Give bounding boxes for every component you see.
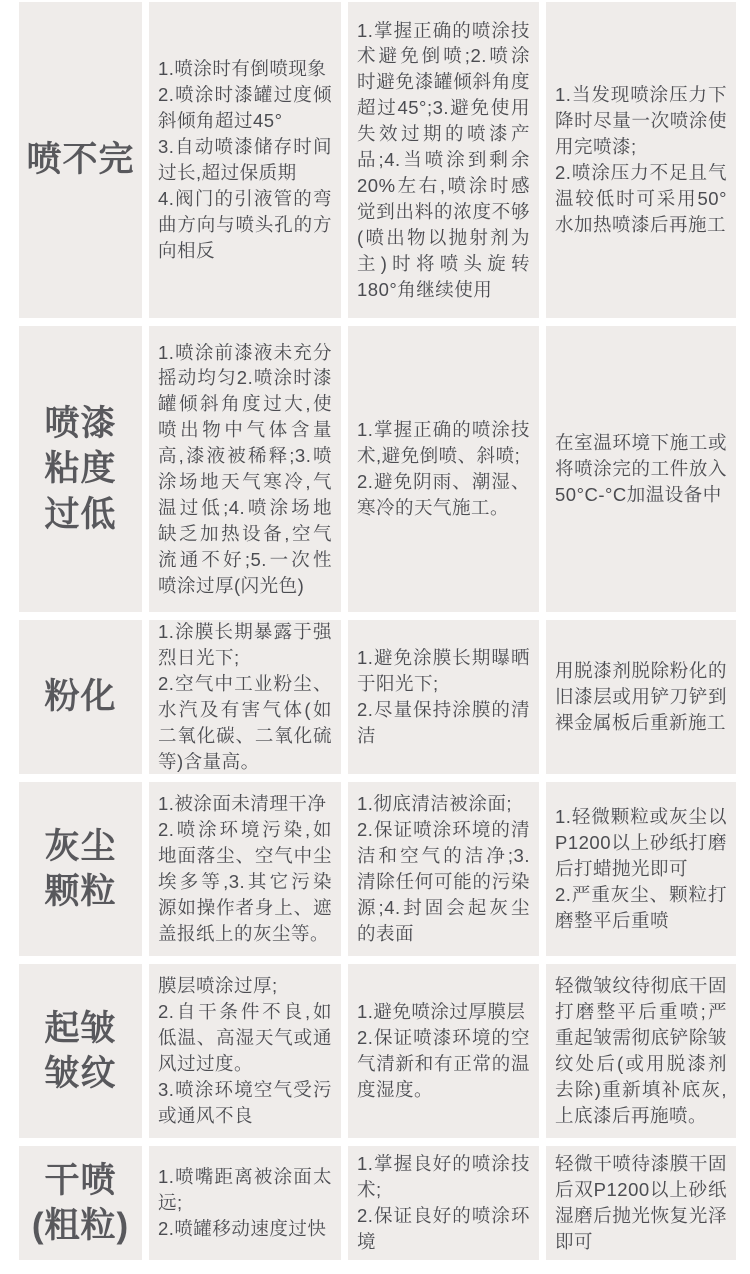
row1-prevention-cell: 1.掌握正确的喷涂技术避免倒喷;2.喷涂时避免漆罐倾斜角度超过45°;3.避免使…: [348, 2, 539, 318]
row1-problem-title-cell: 喷不完: [19, 2, 142, 318]
row3-problem-title-cell: 粉化: [19, 620, 142, 774]
row6-causes-text: 1.喷嘴距离被涂面太远; 2.喷罐移动速度过快: [158, 1164, 332, 1242]
row6-problem-title: 干喷 (粗粒): [19, 1158, 142, 1249]
row3-prevention-text: 1.避免涂膜长期曝晒于阳光下; 2.尽量保持涂膜的清洁: [357, 645, 530, 749]
row5-causes-text: 膜层喷涂过厚; 2.自干条件不良,如低温、高湿天气或通风过过度。 3.喷涂环境空…: [158, 973, 332, 1128]
row6-problem-title-cell: 干喷 (粗粒): [19, 1146, 142, 1260]
row3-causes-text: 1.涂膜长期暴露于强烈日光下; 2.空气中工业粉尘、水汽及有害气体(如二氧化碳、…: [158, 620, 332, 774]
row6-causes-cell: 1.喷嘴距离被涂面太远; 2.喷罐移动速度过快: [149, 1146, 341, 1260]
row4-solution-text: 1.轻微颗粒或灰尘以P1200以上砂纸打磨后打蜡抛光即可 2.严重灰尘、颗粒打磨…: [555, 804, 727, 933]
row5-problem-title: 起皱 皱纹: [19, 1006, 142, 1097]
row1-causes-cell: 1.喷涂时有倒喷现象 2.喷涂时漆罐过度倾斜倾角超过45° 3.自动喷漆储存时间…: [149, 2, 341, 318]
row2-solution-text: 在室温环境下施工或将喷涂完的工件放入50°C-°C加温设备中: [555, 430, 727, 508]
row4-prevention-cell: 1.彻底清洁被涂面; 2.保证喷涂环境的清洁和空气的洁净;3.清除任何可能的污染…: [348, 782, 539, 956]
row6-prevention-text: 1.掌握良好的喷涂技术; 2.保证良好的喷涂环境: [357, 1151, 530, 1255]
row1-causes-text: 1.喷涂时有倒喷现象 2.喷涂时漆罐过度倾斜倾角超过45° 3.自动喷漆储存时间…: [158, 56, 332, 263]
row2-problem-title-cell: 喷漆 粘度 过低: [19, 326, 142, 612]
row3-solution-text: 用脱漆剂脱除粉化的旧漆层或用铲刀铲到裸金属板后重新施工: [555, 658, 727, 736]
row6-solution-text: 轻微干喷待漆膜干固后双P1200以上砂纸湿磨后抛光恢复光泽即可: [555, 1151, 727, 1255]
row3-causes-cell: 1.涂膜长期暴露于强烈日光下; 2.空气中工业粉尘、水汽及有害气体(如二氧化碳、…: [149, 620, 341, 774]
row2-problem-title: 喷漆 粘度 过低: [19, 401, 142, 538]
troubleshooting-table-page: 喷不完 1.喷涂时有倒喷现象 2.喷涂时漆罐过度倾斜倾角超过45° 3.自动喷漆…: [0, 0, 750, 1274]
row2-causes-cell: 1.喷涂前漆液未充分摇动均匀2.喷涂时漆罐倾斜角度过大,使喷出物中气体含量高,漆…: [149, 326, 341, 612]
row4-problem-title-cell: 灰尘 颗粒: [19, 782, 142, 956]
row5-problem-title-cell: 起皱 皱纹: [19, 964, 142, 1138]
row2-prevention-cell: 1.掌握正确的喷涂技术,避免倒喷、斜喷; 2.避免阴雨、潮湿、寒冷的天气施工。: [348, 326, 539, 612]
row5-solution-text: 轻微皱纹待彻底干固打磨整平后重喷;严重起皱需彻底铲除皱纹处后(或用脱漆剂去除)重…: [555, 973, 727, 1128]
row4-solution-cell: 1.轻微颗粒或灰尘以P1200以上砂纸打磨后打蜡抛光即可 2.严重灰尘、颗粒打磨…: [546, 782, 736, 956]
row5-prevention-cell: 1.避免喷涂过厚膜层 2.保证喷漆环境的空气清新和有正常的温度湿度。: [348, 964, 539, 1138]
row1-prevention-text: 1.掌握正确的喷涂技术避免倒喷;2.喷涂时避免漆罐倾斜角度超过45°;3.避免使…: [357, 18, 530, 303]
row2-causes-text: 1.喷涂前漆液未充分摇动均匀2.喷涂时漆罐倾斜角度过大,使喷出物中气体含量高,漆…: [158, 340, 332, 599]
row5-prevention-text: 1.避免喷涂过厚膜层 2.保证喷漆环境的空气清新和有正常的温度湿度。: [357, 999, 530, 1103]
row1-solution-text: 1.当发现喷涂压力下降时尽量一次喷涂使用完喷漆; 2.喷涂压力不足且气温较低时可…: [555, 82, 727, 237]
row3-solution-cell: 用脱漆剂脱除粉化的旧漆层或用铲刀铲到裸金属板后重新施工: [546, 620, 736, 774]
row4-problem-title: 灰尘 颗粒: [19, 824, 142, 915]
row1-solution-cell: 1.当发现喷涂压力下降时尽量一次喷涂使用完喷漆; 2.喷涂压力不足且气温较低时可…: [546, 2, 736, 318]
row6-prevention-cell: 1.掌握良好的喷涂技术; 2.保证良好的喷涂环境: [348, 1146, 539, 1260]
row4-prevention-text: 1.彻底清洁被涂面; 2.保证喷涂环境的清洁和空气的洁净;3.清除任何可能的污染…: [357, 791, 530, 946]
row2-prevention-text: 1.掌握正确的喷涂技术,避免倒喷、斜喷; 2.避免阴雨、潮湿、寒冷的天气施工。: [357, 417, 530, 521]
row1-problem-title: 喷不完: [19, 137, 142, 183]
row3-problem-title: 粉化: [19, 674, 142, 720]
row3-prevention-cell: 1.避免涂膜长期曝晒于阳光下; 2.尽量保持涂膜的清洁: [348, 620, 539, 774]
defects-table: 喷不完 1.喷涂时有倒喷现象 2.喷涂时漆罐过度倾斜倾角超过45° 3.自动喷漆…: [19, 2, 736, 1260]
row2-solution-cell: 在室温环境下施工或将喷涂完的工件放入50°C-°C加温设备中: [546, 326, 736, 612]
row4-causes-cell: 1.被涂面未清理干净 2.喷涂环境污染,如地面落尘、空气中尘埃多等,3.其它污染…: [149, 782, 341, 956]
row6-solution-cell: 轻微干喷待漆膜干固后双P1200以上砂纸湿磨后抛光恢复光泽即可: [546, 1146, 736, 1260]
row5-solution-cell: 轻微皱纹待彻底干固打磨整平后重喷;严重起皱需彻底铲除皱纹处后(或用脱漆剂去除)重…: [546, 964, 736, 1138]
row5-causes-cell: 膜层喷涂过厚; 2.自干条件不良,如低温、高湿天气或通风过过度。 3.喷涂环境空…: [149, 964, 341, 1138]
row4-causes-text: 1.被涂面未清理干净 2.喷涂环境污染,如地面落尘、空气中尘埃多等,3.其它污染…: [158, 791, 332, 946]
